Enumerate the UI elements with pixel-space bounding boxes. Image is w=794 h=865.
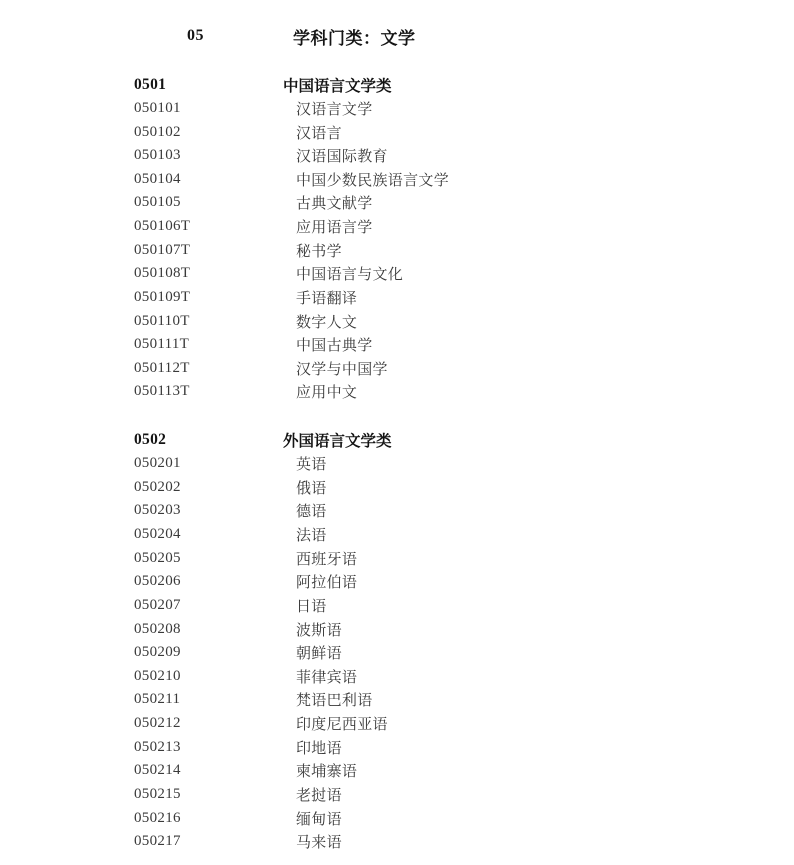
document-page: 05 学科门类：文学 0501 中国语言文学类 050101 汉语言文学 050…: [0, 0, 794, 865]
major-code: 050204: [134, 526, 283, 543]
major-code: 050201: [134, 455, 283, 472]
major-code: 050214: [134, 762, 283, 779]
major-name: 梵语巴利语: [283, 689, 373, 710]
major-row: 050208 波斯语: [0, 617, 794, 641]
major-name: 马来语: [283, 831, 342, 852]
major-code: 050110T: [134, 313, 283, 330]
major-row: 050205 西班牙语: [0, 546, 794, 570]
major-row: 050212 印度尼西亚语: [0, 712, 794, 736]
major-row: 050101 汉语言文学: [0, 97, 794, 121]
major-name: 应用中文: [283, 381, 357, 402]
major-name: 德语: [283, 500, 327, 521]
major-row: 050206 阿拉伯语: [0, 570, 794, 594]
major-name: 朝鲜语: [283, 642, 342, 663]
major-name: 菲律宾语: [283, 666, 357, 687]
section-header-row: 0501 中国语言文学类: [0, 73, 794, 97]
major-code: 050215: [134, 786, 283, 803]
major-code: 050102: [134, 124, 283, 141]
major-code: 050107T: [134, 242, 283, 259]
page-title: 学科门类：文学: [293, 24, 416, 49]
major-name: 柬埔寨语: [283, 760, 357, 781]
major-name: 印度尼西亚语: [283, 713, 388, 734]
major-row: 050203 德语: [0, 499, 794, 523]
major-code: 050213: [134, 739, 283, 756]
major-code: 050103: [134, 147, 283, 164]
major-code: 050212: [134, 715, 283, 732]
major-row: 050112T 汉学与中国学: [0, 357, 794, 381]
major-name: 中国少数民族语言文学: [283, 169, 449, 190]
sections-container: 0501 中国语言文学类 050101 汉语言文学 050102 汉语言 050…: [0, 73, 794, 854]
major-name: 中国语言与文化: [283, 263, 403, 284]
major-code: 050210: [134, 668, 283, 685]
major-row: 050214 柬埔寨语: [0, 759, 794, 783]
major-code: 050203: [134, 502, 283, 519]
major-row: 050105 古典文献学: [0, 191, 794, 215]
major-name: 汉语言文学: [283, 98, 373, 119]
major-code: 050208: [134, 621, 283, 638]
major-name: 应用语言学: [283, 216, 373, 237]
major-row: 050102 汉语言: [0, 120, 794, 144]
major-code: 050211: [134, 691, 283, 708]
major-code: 050112T: [134, 360, 283, 377]
major-row: 050217 马来语: [0, 830, 794, 854]
discipline-category-code: 05: [187, 27, 293, 45]
major-name: 古典文献学: [283, 192, 373, 213]
major-row: 050201 英语: [0, 452, 794, 476]
major-code: 050105: [134, 194, 283, 211]
major-name: 阿拉伯语: [283, 571, 357, 592]
major-name: 波斯语: [283, 619, 342, 640]
section-header-row: 0502 外国语言文学类: [0, 428, 794, 452]
major-code: 050205: [134, 550, 283, 567]
major-name: 中国古典学: [283, 334, 373, 355]
major-row: 050113T 应用中文: [0, 380, 794, 404]
major-row: 050108T 中国语言与文化: [0, 262, 794, 286]
major-row: 050216 缅甸语: [0, 806, 794, 830]
major-row: 050104 中国少数民族语言文学: [0, 168, 794, 192]
major-name: 汉语言: [283, 122, 342, 143]
major-name: 汉语国际教育: [283, 145, 388, 166]
major-row: 050204 法语: [0, 523, 794, 547]
major-row: 050211 梵语巴利语: [0, 688, 794, 712]
major-code: 050104: [134, 171, 283, 188]
major-code: 050206: [134, 573, 283, 590]
major-row: 050106T 应用语言学: [0, 215, 794, 239]
major-code: 050108T: [134, 265, 283, 282]
section-code: 0501: [134, 76, 283, 94]
major-row: 050110T 数字人文: [0, 309, 794, 333]
section-name: 外国语言文学类: [283, 429, 392, 451]
major-row: 050107T 秘书学: [0, 238, 794, 262]
major-name: 俄语: [283, 477, 327, 498]
major-name: 印地语: [283, 737, 342, 758]
major-code: 050217: [134, 833, 283, 850]
discipline-section: 0501 中国语言文学类 050101 汉语言文学 050102 汉语言 050…: [0, 73, 794, 404]
major-row: 050210 菲律宾语: [0, 665, 794, 689]
page-header: 05 学科门类：文学: [0, 24, 794, 48]
major-code: 050113T: [134, 383, 283, 400]
major-name: 英语: [283, 453, 327, 474]
major-name: 西班牙语: [283, 548, 357, 569]
major-code: 050111T: [134, 336, 283, 353]
major-name: 老挝语: [283, 784, 342, 805]
major-code: 050106T: [134, 218, 283, 235]
section-name: 中国语言文学类: [283, 74, 392, 96]
major-name: 日语: [283, 595, 327, 616]
major-name: 法语: [283, 524, 327, 545]
major-name: 汉学与中国学: [283, 358, 388, 379]
major-row: 050111T 中国古典学: [0, 333, 794, 357]
section-code: 0502: [134, 431, 283, 449]
major-row: 050207 日语: [0, 594, 794, 618]
major-name: 手语翻译: [283, 287, 357, 308]
major-code: 050216: [134, 810, 283, 827]
major-row: 050202 俄语: [0, 476, 794, 500]
major-code: 050209: [134, 644, 283, 661]
major-code: 050207: [134, 597, 283, 614]
major-name: 缅甸语: [283, 808, 342, 829]
major-row: 050103 汉语国际教育: [0, 144, 794, 168]
major-row: 050209 朝鲜语: [0, 641, 794, 665]
major-code: 050109T: [134, 289, 283, 306]
discipline-section: 0502 外国语言文学类 050201 英语 050202 俄语 050203 …: [0, 428, 794, 853]
major-name: 数字人文: [283, 311, 357, 332]
major-name: 秘书学: [283, 240, 342, 261]
major-code: 050202: [134, 479, 283, 496]
section-entries: 050101 汉语言文学 050102 汉语言 050103 汉语国际教育 05…: [0, 97, 794, 404]
major-row: 050213 印地语: [0, 735, 794, 759]
major-code: 050101: [134, 100, 283, 117]
major-row: 050109T 手语翻译: [0, 286, 794, 310]
major-row: 050215 老挝语: [0, 783, 794, 807]
section-entries: 050201 英语 050202 俄语 050203 德语 050204 法语 …: [0, 452, 794, 854]
